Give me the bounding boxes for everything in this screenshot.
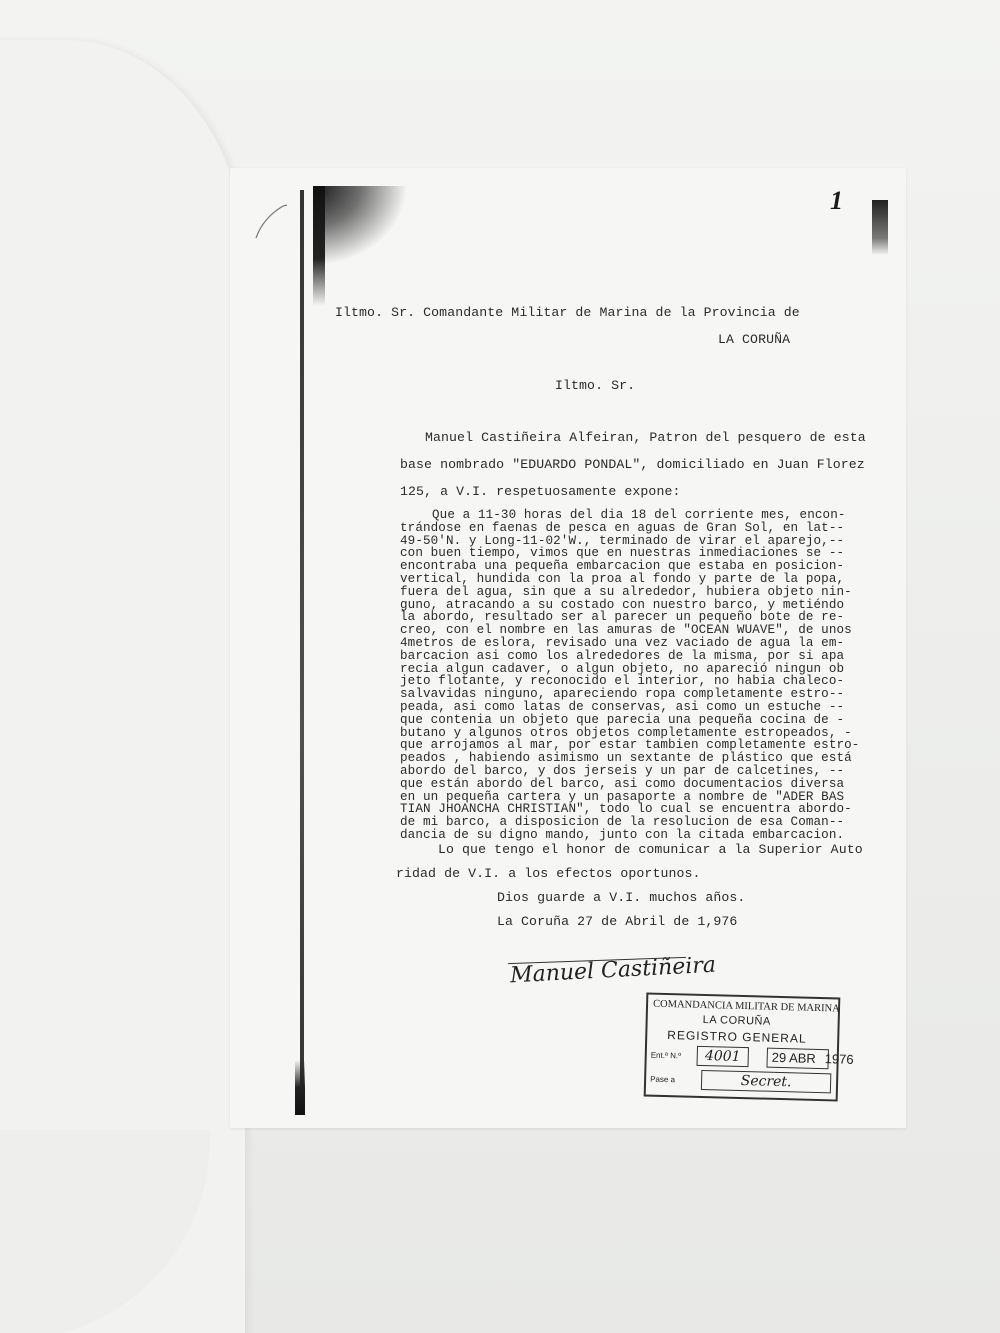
addressee-place: LA CORUÑA [718,333,790,347]
photocopy-corner-shadow [313,186,408,266]
pase-label: Pase a [650,1075,675,1085]
entry-number: 4001 [696,1046,749,1067]
page-number: 1 [830,186,843,216]
stamp-line-2: LA CORUÑA [703,1014,771,1028]
body-line: dancia de su digno mando, junto con la c… [400,828,844,842]
photocopy-corner-shadow [872,200,888,255]
closing-line: ridad de V.I. a los efectos oportunos. [396,867,701,881]
pase-value: Secret. [701,1070,831,1093]
stamp-line-3: REGISTRO GENERAL [667,1028,807,1046]
photocopy-left-edge [300,190,304,1100]
date-line: La Coruña 27 de Abril de 1,976 [497,915,737,929]
entry-date: 29 ABR [766,1048,829,1070]
entry-label: Ent.ª N.º [651,1051,682,1061]
registry-stamp: COMANDANCIA MILITAR DE MARINA LA CORUÑA … [644,992,841,1101]
entry-year: 1976 [825,1051,854,1067]
closing-line: Lo que tengo el honor de comunicar a la … [438,843,863,857]
pencil-mark [253,200,291,240]
salutation: Iltmo. Sr. [555,379,635,393]
intro-line: 125, a V.I. respetuosamente expone: [400,485,680,499]
photocopy-corner-shadow [313,186,325,306]
intro-line: base nombrado "EDUARDO PONDAL", domicili… [400,458,865,472]
photocopy-edge-shadow [295,1060,305,1115]
addressee-line: Iltmo. Sr. Comandante Militar de Marina … [335,306,800,320]
farewell: Dios guarde a V.I. muchos años. [497,891,745,905]
intro-line: Manuel Castiñeira Alfeiran, Patron del p… [425,431,866,445]
stamp-line-1: COMANDANCIA MILITAR DE MARINA [653,999,840,1015]
